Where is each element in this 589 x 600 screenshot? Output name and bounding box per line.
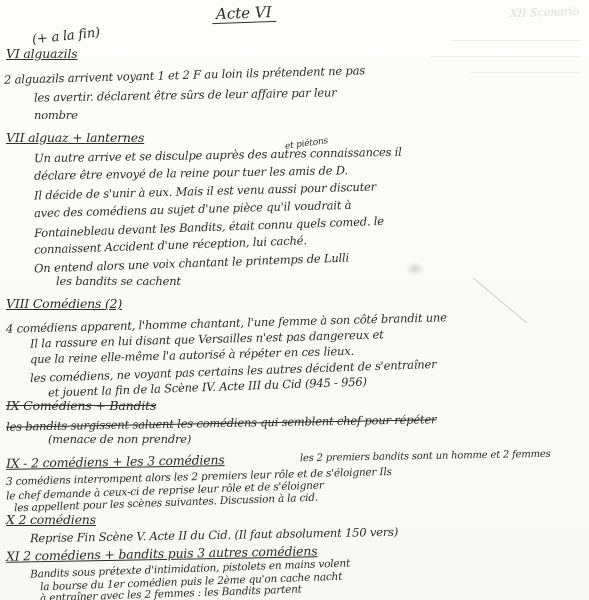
bleed-line bbox=[471, 72, 581, 73]
manuscript-page: XII Scenario Acte VI (+ a la fin) VI alg… bbox=[0, 0, 589, 600]
text-line: les bandits se cachent bbox=[56, 276, 181, 288]
ink-smudge bbox=[405, 262, 425, 276]
text-line: les 2 premiers bandits sont un homme et … bbox=[300, 450, 551, 464]
section-heading: X 2 comédiens bbox=[6, 514, 96, 527]
section-heading: VII alguaz + lanternes bbox=[6, 132, 144, 145]
text-line: 2 alguazils arrivent voyant 1 et 2 F au … bbox=[4, 65, 365, 86]
text-line: nombre bbox=[34, 110, 78, 122]
text-line: Un autre arrive et se disculpe auprès de… bbox=[34, 147, 402, 165]
section-heading: VI alguazils bbox=[6, 48, 78, 61]
bleed-line bbox=[431, 56, 581, 57]
marginal-note: (+ a la fin) bbox=[32, 26, 101, 46]
text-line: (menace de non prendre) bbox=[48, 434, 191, 446]
bleed-line bbox=[451, 40, 581, 41]
paper-crease bbox=[473, 278, 527, 324]
text-line: déclare être envoyé de la reine pour tue… bbox=[34, 165, 348, 182]
text-line: les avertir. déclarent être sûrs de leur… bbox=[34, 87, 337, 104]
bleed-through-text: XII Scenario bbox=[510, 5, 580, 20]
section-heading: VIII Comédiens (2) bbox=[6, 298, 122, 311]
page-title: Acte VI bbox=[212, 3, 276, 24]
section-heading: IX - 2 comédiens + les 3 comédiens bbox=[6, 454, 225, 470]
text-line: Reprise Fin Scène V. Acte II du Cid. (Il… bbox=[30, 527, 398, 545]
text-line: les bandits surgissent saluent les coméd… bbox=[6, 414, 436, 433]
section-heading: IX Comédiens + Bandits bbox=[6, 400, 156, 413]
text-line: On entend alors une voix chantant le pri… bbox=[34, 253, 349, 275]
